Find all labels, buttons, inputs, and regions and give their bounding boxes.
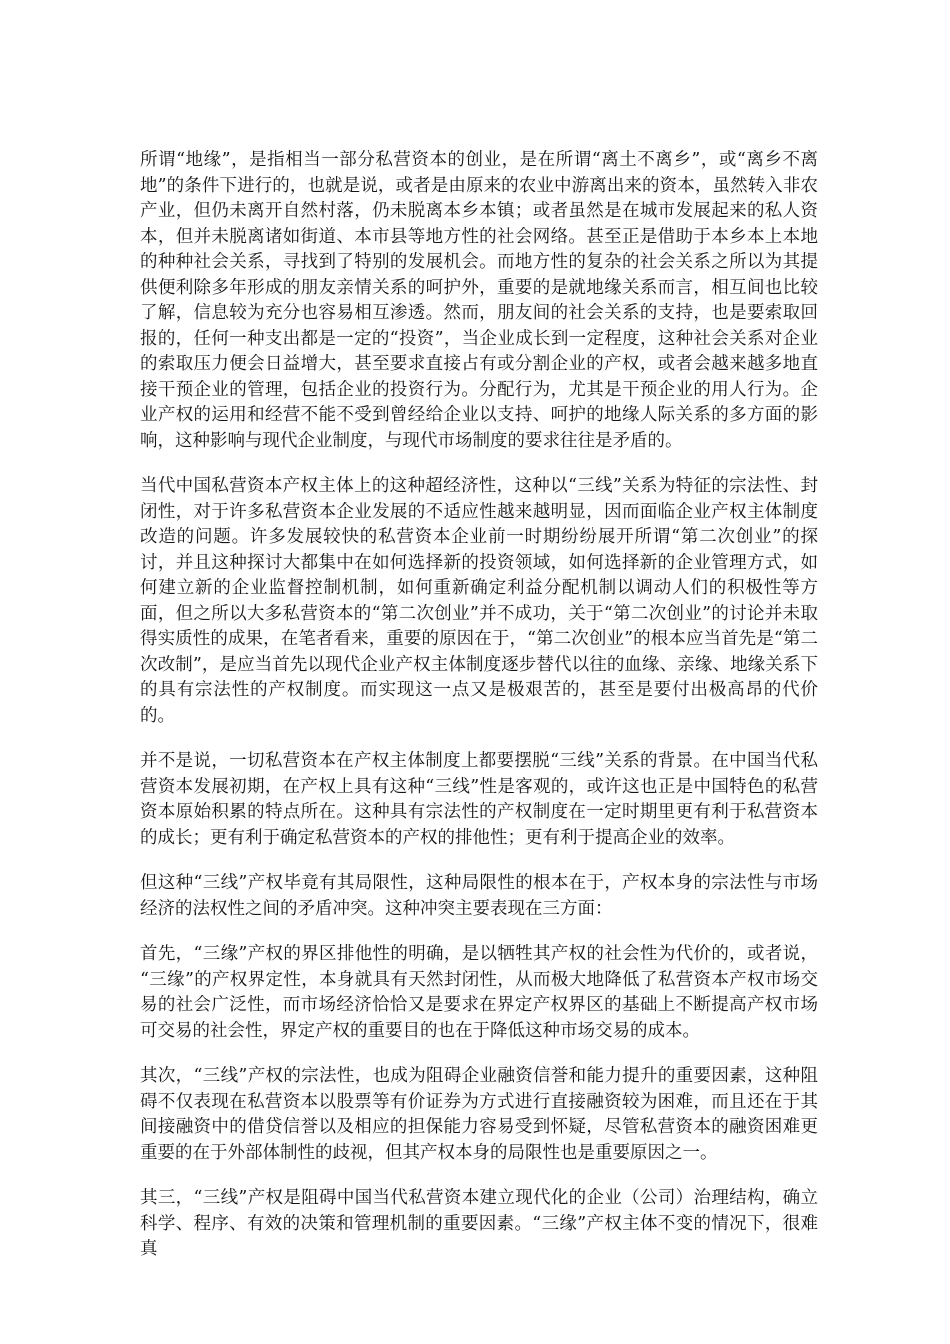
paragraph-5: 首先，“三缘”产权的界区排他性的明确，是以牺牲其产权的社会性为代价的，或者说，“… xyxy=(140,942,818,1044)
document-page: 所谓“地缘”，是指相当一部分私营资本的创业，是在所谓“离土不离乡”，或“离乡不离… xyxy=(140,148,818,1263)
paragraph-1: 所谓“地缘”，是指相当一部分私营资本的创业，是在所谓“离土不离乡”，或“离乡不离… xyxy=(140,148,818,454)
paragraph-7: 其三，“三线”产权是阻碍中国当代私营资本建立现代化的企业（公司）治理结构，确立科… xyxy=(140,1186,818,1263)
paragraph-3: 并不是说，一切私营资本在产权主体制度上都要摆脱“三线”关系的背景。在中国当代私营… xyxy=(140,749,818,851)
paragraph-6: 其次，“三线”产权的宗法性，也成为阻碍企业融资信誉和能力提升的重要因素，这种阻碍… xyxy=(140,1064,818,1166)
paragraph-4: 但这种“三线”产权毕竟有其局限性，这种局限性的根本在于，产权本身的宗法性与市场经… xyxy=(140,871,818,922)
paragraph-2: 当代中国私营资本产权主体上的这种超经济性，这种以“三线”关系为特征的宗法性、封闭… xyxy=(140,474,818,729)
